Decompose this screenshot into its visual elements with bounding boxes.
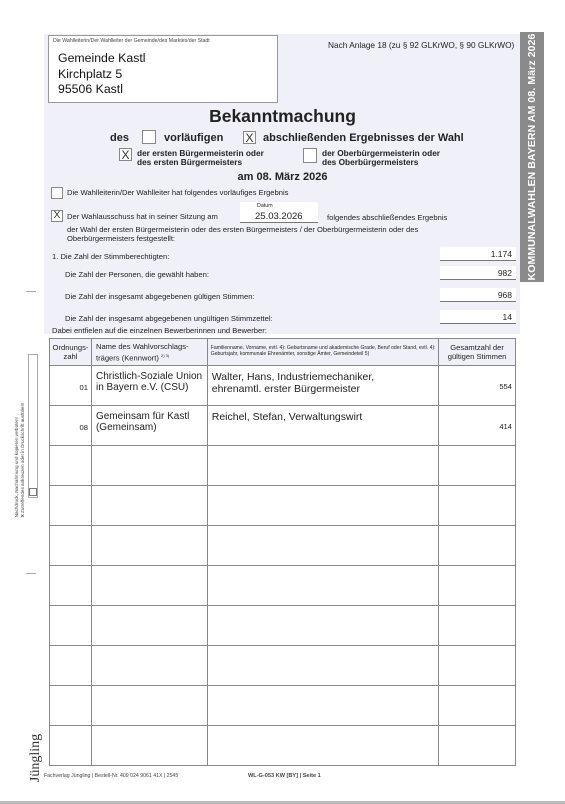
table-row <box>50 606 516 646</box>
valid-votes <box>439 726 516 766</box>
order-number <box>50 566 92 606</box>
checkbox-mayor[interactable]: X <box>119 148 132 161</box>
table-row <box>50 446 516 486</box>
party-name <box>91 606 207 646</box>
order-number: 08 <box>50 406 92 446</box>
party-name <box>91 646 207 686</box>
side-banner-text: KOMMUNALWAHLEN BAYERN AM 08. März 2026 <box>526 34 538 281</box>
form-id: WL-G-053 KW [BY] | Seite 1 <box>248 773 321 779</box>
results-table: Ordnungs-zahl Name des Wahlvorschlags-tr… <box>49 338 516 766</box>
figure-label-eligible: 1. Die Zahl der Stimmberechtigten: <box>52 252 169 262</box>
checkbox-statement-final[interactable]: X <box>51 210 63 222</box>
address-line-3: 95506 Kastl <box>58 82 123 96</box>
candidates-intro: Dabei entfielen auf die einzelnen Bewerb… <box>52 326 267 336</box>
order-number <box>50 726 92 766</box>
valid-votes <box>439 526 516 566</box>
table-row: 08Gemeinsam für Kastl(Gemeinsam)Reichel,… <box>50 406 516 446</box>
table-row <box>50 526 516 566</box>
party-name: Gemeinsam für Kastl(Gemeinsam) <box>91 406 207 446</box>
fold-mark <box>26 573 36 574</box>
session-date-label: Datum <box>257 203 273 209</box>
party-name <box>91 686 207 726</box>
label-mayor-2: des ersten Bürgermeisters <box>137 158 242 167</box>
candidate-details <box>207 486 438 526</box>
order-number <box>50 686 92 726</box>
statement-final-suffix: folgendes abschließendes Ergebnis <box>327 213 447 223</box>
statement-final-label: Der Wahlausschuss hat in seiner Sitzung … <box>67 212 218 222</box>
figure-value-eligible[interactable]: 1.174 <box>440 247 516 261</box>
fold-mark <box>26 291 36 292</box>
valid-votes: 414 <box>439 406 516 446</box>
table-row <box>50 646 516 686</box>
address-label: Die Wahlleiterin/Der Wahlleiter der Geme… <box>53 38 210 44</box>
label-lord-mayor-2: des Oberbürgermeisters <box>322 158 418 167</box>
party-name <box>91 446 207 486</box>
publisher-logo: Jüngling <box>28 734 44 782</box>
valid-votes <box>439 566 516 606</box>
figure-label-voters: Die Zahl der Personen, die gewählt haben… <box>65 270 209 280</box>
valid-votes <box>439 446 516 486</box>
checkbox-statement-preliminary[interactable] <box>51 187 63 199</box>
table-row: 01Christlich-Soziale Unionin Bayern e.V.… <box>50 366 516 406</box>
table-row <box>50 726 516 766</box>
valid-votes <box>439 646 516 686</box>
table-row <box>50 566 516 606</box>
candidate-details <box>207 526 438 566</box>
checkbox-preliminary[interactable] <box>142 130 156 144</box>
party-name: Christlich-Soziale Unionin Bayern e.V. (… <box>91 366 207 406</box>
order-number: 01 <box>50 366 92 406</box>
valid-votes: 554 <box>439 366 516 406</box>
label-final: abschließenden Ergebnisses der Wahl <box>263 132 464 144</box>
address-line-2: Kirchplatz 5 <box>58 67 122 81</box>
table-header-row: Ordnungs-zahl Name des Wahlvorschlags-tr… <box>50 339 516 366</box>
figure-value-voters[interactable]: 982 <box>440 266 516 280</box>
valid-votes <box>439 486 516 526</box>
figure-value-invalid[interactable]: 14 <box>440 310 516 324</box>
party-name <box>91 486 207 526</box>
order-number <box>50 486 92 526</box>
candidate-details <box>207 646 438 686</box>
figure-value-valid[interactable]: 968 <box>440 288 516 302</box>
party-name <box>91 566 207 606</box>
header-candidate: Familienname, Vorname, evtl. 4): Geburts… <box>207 339 438 366</box>
page-title: Bekanntmachung <box>0 106 565 127</box>
margin-note: Nachdruck, Nachahmung und kopieren verbo… <box>14 403 26 518</box>
statement-continuation-2: Oberbürgermeisters festgestellt: <box>67 234 175 244</box>
figure-label-invalid: Die Zahl der insgesamt abgegebenen ungül… <box>65 314 273 324</box>
candidate-details: Walter, Hans, Industriemechaniker,ehrena… <box>207 366 438 406</box>
address-line-1: Gemeinde Kastl <box>58 51 146 65</box>
checkbox-lord-mayor[interactable] <box>303 148 317 163</box>
table-row <box>50 686 516 726</box>
header-party: Name des Wahlvorschlags-trägers (Kennwor… <box>91 339 207 366</box>
valid-votes <box>439 606 516 646</box>
candidate-details: Reichel, Stefan, Verwaltungswirt <box>207 406 438 446</box>
label-preliminary: vorläufigen <box>164 132 223 144</box>
candidate-details <box>207 446 438 486</box>
candidate-details <box>207 566 438 606</box>
margin-checkbox <box>29 488 37 496</box>
candidate-details <box>207 686 438 726</box>
candidate-details <box>207 606 438 646</box>
side-banner: KOMMUNALWAHLEN BAYERN AM 08. März 2026 <box>520 32 544 282</box>
candidate-details <box>207 726 438 766</box>
session-date-value: 25.03.2026 <box>255 211 303 222</box>
order-number <box>50 526 92 566</box>
result-prefix: des <box>110 132 129 144</box>
order-number <box>50 606 92 646</box>
election-date: am 08. März 2026 <box>0 171 565 183</box>
fill-instruction: X Zutreffendes ankreuzen oder in Drucksc… <box>20 403 26 518</box>
header-votes: Gesamtzahl dergültigen Stimmen <box>439 339 516 366</box>
order-number <box>50 646 92 686</box>
table-row <box>50 486 516 526</box>
order-number <box>50 446 92 486</box>
address-box: Die Wahlleiterin/Der Wahlleiter der Geme… <box>48 35 278 103</box>
statement-preliminary-label: Die Wahlleiterin/Der Wahlleiter hat folg… <box>67 188 288 198</box>
header-order-number: Ordnungs-zahl <box>50 339 92 366</box>
party-name <box>91 726 207 766</box>
checkbox-final[interactable]: X <box>243 131 256 144</box>
party-name <box>91 526 207 566</box>
margin-note-box <box>28 354 38 498</box>
session-date-field[interactable]: Datum 25.03.2026 <box>240 202 318 223</box>
figure-label-valid: Die Zahl der insgesamt abgegebenen gülti… <box>65 292 255 302</box>
legal-reference: Nach Anlage 18 (zu § 92 GLKrWO, § 90 GLK… <box>328 40 514 50</box>
publisher-info: Fachverlag Jüngling | Bestell-Nr. 409 02… <box>44 773 178 779</box>
valid-votes <box>439 686 516 726</box>
